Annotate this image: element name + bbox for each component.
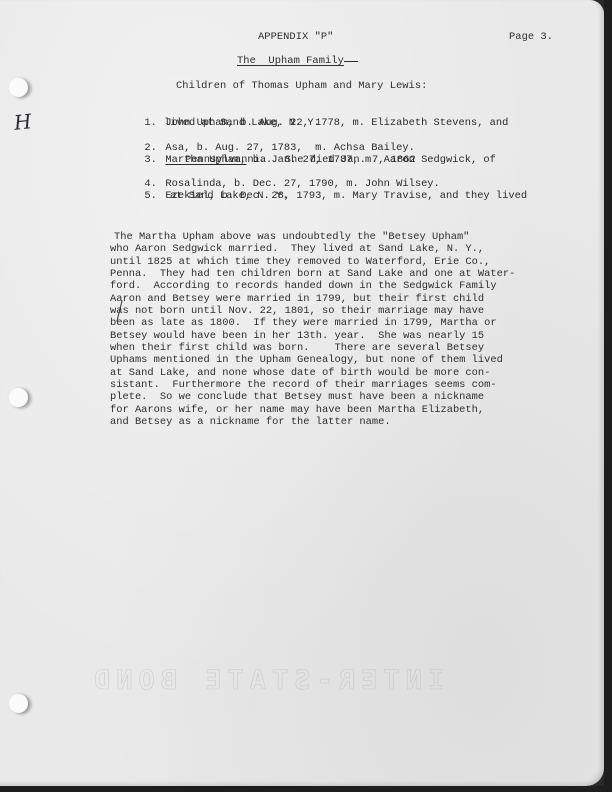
scan-edge-right [604, 0, 612, 792]
paragraph-line: until 1825 at which time they removed to… [110, 256, 515, 268]
list-item-continuation: Pennsylvannia. She died Jan. 7, 1862 [107, 154, 527, 166]
paragraph-line: Penna. They had ten children born at San… [110, 268, 515, 280]
scan-edge-bottom [0, 786, 612, 792]
paragraph-line: sistant. Furthermore the record of their… [110, 379, 515, 391]
paragraph-line: when their first child was born. There a… [110, 342, 515, 354]
page-number: Page 3. [509, 31, 553, 43]
list-item-continuation: at Sand Lake, N. Y. [107, 190, 527, 202]
paragraph-line: Aaron and Betsey were married in 1799, b… [110, 293, 515, 305]
document-page: H APPENDIX "P" Page 3. The Upham Family … [0, 0, 604, 786]
paragraph-line: who Aaron Sedgwick married. They lived a… [110, 243, 515, 255]
binder-hole-icon [9, 388, 28, 407]
appendix-title: APPENDIX "P" [258, 31, 333, 43]
binder-hole-icon [9, 694, 28, 713]
children-heading: Children of Thomas Upham and Mary Lewis: [176, 80, 427, 92]
paragraph-line: at Sand Lake, and none whose date of bir… [110, 367, 515, 379]
list-item: 1.John Upham, b. Aug. 22, 1778, m. Eliza… [107, 105, 527, 117]
list-item-continuation: lived at Sand Lake, N. Y. [107, 117, 527, 129]
margin-annotation: H [13, 109, 33, 135]
list-item: 3.Martha Upham, b. Jan. 27, 1787, m. Aar… [107, 142, 527, 154]
section-title: The Upham Family [237, 55, 358, 67]
list-item: 2.Asa, b. Aug. 27, 1783, m. Achsa Bailey… [107, 129, 527, 141]
body-paragraph: The Martha Upham above was undoubtedly t… [110, 231, 515, 429]
paragraph-line: ford. According to records handed down i… [110, 280, 515, 292]
list-item: 5.Ezekiel, b. Dec. 28, 1793, m. Mary Tra… [107, 178, 527, 190]
paper-watermark: INTER-STATE BOND [88, 665, 444, 696]
paragraph-line: The Martha Upham above was undoubtedly t… [110, 231, 515, 243]
paragraph-line: plete. So we conclude that Betsey must h… [110, 391, 515, 403]
paragraph-line: Uphams mentioned in the Upham Genealogy,… [110, 354, 515, 366]
binder-hole-icon [9, 78, 28, 97]
paragraph-line: Betsey would have been in her 13th. year… [110, 330, 515, 342]
list-item: 4.Rosalinda, b. Dec. 27, 1790, m. John W… [107, 166, 527, 178]
paragraph-line: was not born until Nov. 22, 1801, so the… [110, 305, 515, 317]
paragraph-line: and Betsey as a nickname for the latter … [110, 416, 515, 428]
paragraph-line: for Aarons wife, or her name may have be… [110, 404, 515, 416]
children-list: 1.John Upham, b. Aug. 22, 1778, m. Eliza… [107, 105, 527, 203]
paragraph-line: been as late as 1800. If they were marri… [110, 317, 515, 329]
